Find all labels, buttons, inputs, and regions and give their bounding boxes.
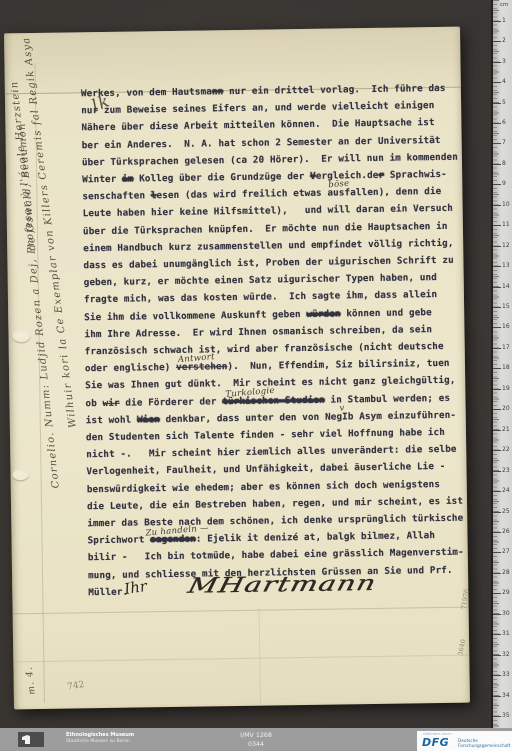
pencil-number: 742	[67, 680, 86, 693]
ruler-number: 28	[502, 570, 510, 576]
dfg-logo-text: DFG	[422, 736, 449, 749]
ruler-cm-tick	[493, 512, 501, 513]
typed-text: nur ein drittel vorlag. Ich führe das	[223, 83, 445, 97]
handwritten-annotation: böse	[328, 178, 350, 192]
ruler-number: 12	[502, 243, 510, 249]
ruler-cm-tick	[493, 184, 501, 185]
ruler-number: 29	[502, 590, 510, 596]
paper-blemish	[12, 469, 28, 480]
ruler-cm-tick	[493, 246, 501, 247]
ruler-number: 18	[502, 365, 510, 371]
ruler-cm-tick	[493, 205, 501, 206]
ruler-number: 33	[502, 672, 510, 678]
ruler-number: 8	[502, 161, 506, 167]
ruler-cm-tick	[493, 21, 501, 22]
typed-text: Sprachwis-	[384, 169, 447, 181]
ruler-cm-tick	[493, 430, 501, 431]
typed-text-struck: im	[122, 174, 134, 185]
ruler-cm-tick	[493, 696, 501, 697]
dfg-name-line2: Forschungsgemeinschaft	[458, 744, 510, 748]
ruler-cm-tick	[493, 123, 501, 124]
ruler-cm-tick	[493, 634, 501, 635]
ruler-number: 11	[502, 222, 510, 228]
ruler-number: 1	[502, 18, 506, 24]
ruler-cm-tick	[493, 389, 501, 390]
ruler: cm 1234567891011121314151617181920212223…	[491, 0, 512, 751]
typed-text: Sprichwort	[87, 534, 150, 546]
dfg-logo-patch: Gefördert durch DFG Deutsche Forschungsg…	[417, 731, 512, 751]
crease-line	[13, 655, 469, 663]
typed-text-struck: würden	[306, 308, 340, 320]
ruler-cm-tick	[493, 614, 501, 615]
ruler-cm-tick	[493, 655, 501, 656]
typed-text: oder englische)	[85, 362, 176, 374]
ruler-number: 30	[502, 611, 510, 617]
typed-text: : Ejelik it denizé at, balgk bilmez, All…	[196, 530, 435, 545]
typed-text: Kolleg über die Grundzüge der	[133, 171, 310, 185]
ruler-cm-tick	[493, 593, 501, 594]
typed-text: Winter	[82, 174, 122, 186]
ruler-half-cm-ticks	[493, 0, 499, 751]
letter-page: Werkes, von dem Hautsmann nur ein dritte…	[4, 27, 470, 710]
ruler-number: 16	[502, 324, 510, 330]
ruler-cm-tick	[493, 164, 501, 165]
handwritten-annotation: v	[339, 402, 345, 414]
letter-line: Müller.	[88, 586, 128, 604]
ruler-cm-tick	[493, 552, 501, 553]
ruler-number: 21	[502, 427, 510, 433]
footer-bar: Ethnologisches Museum Staatliche Museen …	[0, 728, 512, 751]
ruler-number: 7	[502, 140, 506, 146]
ruler-number: 17	[502, 345, 510, 351]
ruler-number: 15	[502, 304, 510, 310]
ruler-cm-tick	[493, 491, 501, 492]
ruler-cm-tick	[493, 82, 501, 83]
ruler-number: 31	[502, 631, 510, 637]
ruler-cm-tick	[493, 450, 501, 451]
ruler-unit-label: cm	[500, 2, 508, 8]
ruler-number: 5	[502, 100, 506, 106]
ruler-cm-tick	[493, 307, 501, 308]
crease-line	[259, 608, 261, 704]
typed-text: senschaften	[82, 190, 151, 202]
ruler-cm-tick	[493, 266, 501, 267]
ruler-number: 2	[502, 38, 506, 44]
ruler-cm-tick	[493, 143, 501, 144]
ruler-number: 14	[502, 284, 510, 290]
typed-text: können und gebe	[341, 307, 432, 319]
ruler-number: 3	[502, 59, 506, 65]
ruler-cm-tick	[493, 409, 501, 410]
crease-line	[13, 607, 469, 615]
typed-text: Müller.	[88, 586, 128, 598]
ruler-number: 26	[502, 529, 510, 535]
ruler-cm-tick	[493, 348, 501, 349]
ruler-cm-tick	[493, 471, 501, 472]
ruler-number: 27	[502, 549, 510, 555]
ruler-cm-tick	[493, 225, 501, 226]
ruler-number: 35	[502, 713, 510, 719]
ruler-number: 19	[502, 386, 510, 392]
typed-text: Sie ihm die vollkommene Auskunft geben	[84, 309, 306, 323]
typed-text: ). Nun, Effendim, Siz bilirsiniz, tuen	[227, 358, 449, 372]
typed-text: die Förderer der	[120, 396, 223, 409]
ruler-cm-tick	[493, 41, 501, 42]
paper-blemish	[12, 329, 30, 342]
ruler-cm-tick	[493, 716, 501, 717]
ruler-cm-tick	[493, 368, 501, 369]
typed-text: ist wohl	[86, 414, 137, 426]
ruler-number: 13	[502, 263, 510, 269]
ruler-number: 23	[502, 468, 510, 474]
margin-handwriting: m. 4.	[24, 665, 37, 695]
ruler-cm-tick	[493, 675, 501, 676]
typed-text-struck: wir	[103, 397, 120, 408]
ruler-cm-tick	[493, 532, 501, 533]
ruler-number: 32	[502, 652, 510, 658]
typed-text-struck: nn	[212, 86, 224, 97]
ruler-cm-tick	[493, 62, 501, 63]
ruler-cm-tick	[493, 573, 501, 574]
ruler-number: 10	[502, 202, 510, 208]
ruler-number: 4	[502, 79, 506, 85]
ruler-number: 20	[502, 406, 510, 412]
ruler-number: 22	[502, 447, 510, 453]
typed-text-struck: Wien	[137, 414, 160, 425]
ruler-number: 25	[502, 509, 510, 515]
ruler-cm-tick	[493, 103, 501, 104]
signature-flourish: Ihr	[123, 577, 148, 598]
signature: MHartmann	[185, 571, 379, 598]
ruler-cm-tick	[493, 327, 501, 328]
ruler-number: 6	[502, 120, 506, 126]
ruler-number: 34	[502, 693, 510, 699]
ruler-number: 24	[502, 488, 510, 494]
typed-text: ob	[85, 398, 102, 409]
ruler-cm-tick	[493, 287, 501, 288]
ruler-number: 9	[502, 181, 506, 187]
